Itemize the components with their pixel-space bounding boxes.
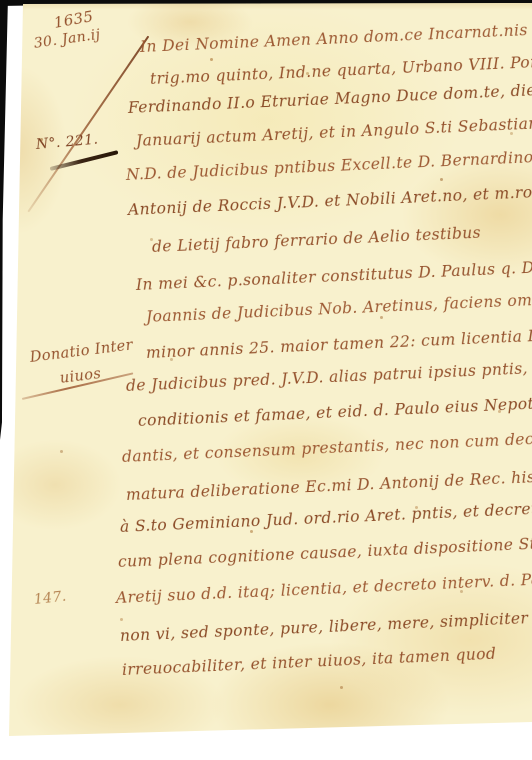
manuscript-line-14: matura deliberatione Ec.mi D. Antonij de… <box>126 467 532 504</box>
margin-folio-number: 147. <box>33 589 67 608</box>
scan-edge-left <box>0 0 9 440</box>
manuscript-line-18: non vi, sed sponte, pure, libere, mere, … <box>120 609 529 645</box>
manuscript-line-9: Joannis de Judicibus Nob. Aretinus, faci… <box>146 287 532 326</box>
manuscript-page: 1635 30. Jan.ij N°. 221. Donatio Inter u… <box>0 0 532 760</box>
act-number-underline <box>50 150 119 170</box>
foxing-specks <box>210 58 213 61</box>
manuscript-line-10: minor annis 25. maior tamen 22: cum lice… <box>146 325 532 362</box>
manuscript-line-7: de Lietij fabro ferrario de Aelio testib… <box>152 224 482 256</box>
manuscript-line-5: N.D. de Judicibus pntibus Excell.te D. B… <box>126 145 532 184</box>
margin-date-day: 30. Jan.ij <box>33 27 102 52</box>
manuscript-line-17: Aretij suo d.d. itaq; licentia, et decre… <box>116 570 532 607</box>
manuscript-line-4: Januarij actum Aretij, et in Angulo S.ti… <box>136 109 532 150</box>
diagonal-pen-stroke <box>27 36 149 213</box>
manuscript-line-6: Antonij de Roccis J.V.D. et Nobili Aret.… <box>128 179 532 219</box>
manuscript-scan: 1635 30. Jan.ij N°. 221. Donatio Inter u… <box>0 0 532 760</box>
manuscript-line-8: In mei &c. p.sonaliter constitutus D. Pa… <box>136 252 532 294</box>
manuscript-line-19: irreuocabiliter, et inter uiuos, ita tam… <box>122 645 497 679</box>
manuscript-line-16: cum plena cognitione causae, iuxta dispo… <box>118 532 532 571</box>
margin-rubric-line1: Donatio Inter <box>29 337 134 366</box>
manuscript-line-12: conditionis et famae, et eid. d. Paulo e… <box>138 391 532 430</box>
margin-act-number: N°. 221. <box>35 132 99 153</box>
manuscript-line-1: In Dei Nomine Amen Anno dom.ce Incarnat.… <box>140 13 532 56</box>
manuscript-line-13: dantis, et consensum prestantis, nec non… <box>122 428 532 466</box>
